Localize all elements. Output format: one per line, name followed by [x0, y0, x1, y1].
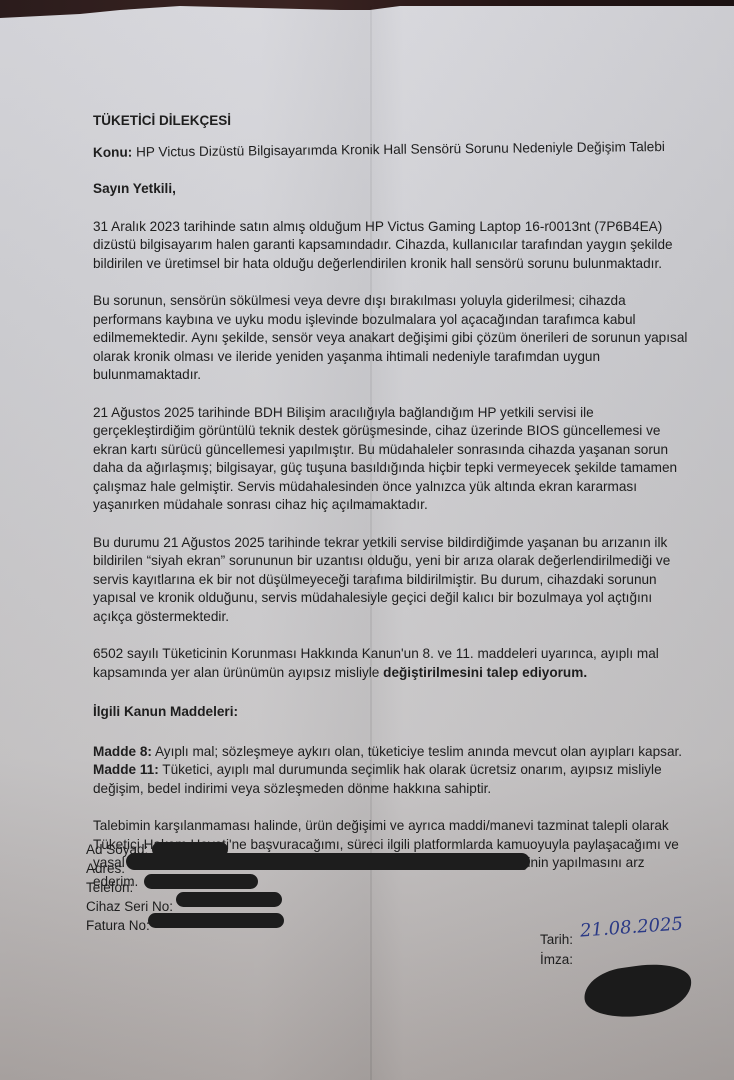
date-row: Tarih: 21.08.2025: [540, 930, 573, 950]
text-line: bildirilen “siyah ekran” sorununun bir u…: [93, 552, 653, 571]
subject-line: Konu: HP Victus Dizüstü Bilgisayarımda K…: [93, 138, 653, 162]
field-label: Adres:: [86, 861, 125, 876]
article-8: Madde 8: Ayıplı mal; sözleşmeye aykırı o…: [93, 743, 653, 762]
field-invoice: Fatura No:: [86, 916, 173, 935]
text-line: Talebimin karşılanmaması halinde, ürün d…: [93, 817, 653, 836]
field-label: Telefon:: [86, 880, 133, 895]
law-heading: İlgili Kanun Maddeleri:: [93, 703, 653, 722]
text-line: bildirilen ve üretimsel bir hata olduğu …: [93, 255, 653, 274]
text-line: gerçekleştirdiğim görüntülü teknik deste…: [93, 422, 653, 441]
request-emphasis: değiştirilmesini talep ediyorum.: [383, 665, 587, 680]
text-line: 31 Aralık 2023 tarihinde satın almış old…: [93, 218, 653, 237]
signature-row: İmza:: [540, 950, 573, 970]
text-line: Bu durumu 21 Ağustos 2025 tarihinde tekr…: [93, 534, 653, 553]
subject-label: Konu:: [93, 144, 132, 159]
text-line: yapısal ve kronik olduğunu, servis müdah…: [93, 589, 653, 608]
text-line: edilmemektedir. Aynı şekilde, sensör vey…: [93, 329, 653, 348]
text-line: performans kaybına ve uyku modu işlevind…: [93, 311, 653, 330]
document-title: TÜKETİCİ DİLEKÇESİ: [93, 112, 653, 131]
field-phone: Telefon:: [86, 878, 173, 897]
paragraph-rejection: Bu sorunun, sensörün sökülmesi veya devr…: [93, 292, 653, 385]
redaction-bar: [176, 892, 282, 907]
field-label: Cihaz Seri No:: [86, 899, 173, 914]
greeting: Sayın Yetkili,: [93, 180, 653, 199]
text-line: daha da ağırlaşmış; bilgisayar, güç tuşu…: [93, 459, 653, 478]
article-text: Tüketici, ayıplı mal durumunda seçimlik …: [162, 762, 661, 777]
text-line: ekran kartı sürücü güncellemesi yapılmış…: [93, 441, 653, 460]
redaction-bar: [148, 913, 284, 928]
article-label: Madde 11:: [93, 762, 159, 777]
text-line: 21 Ağustos 2025 tarihinde BDH Bilişim ar…: [93, 404, 653, 423]
text-line: çalışmaz hale gelmiştir. Servis müdahale…: [93, 478, 653, 497]
article-text: Ayıplı mal; sözleşmeye aykırı olan, tüke…: [155, 744, 682, 759]
text-line: açıkça göstermektedir.: [93, 608, 653, 627]
date-label: Tarih:: [540, 932, 573, 947]
paragraph-service: 21 Ağustos 2025 tarihinde BDH Bilişim ar…: [93, 404, 653, 515]
paragraph-report: Bu durumu 21 Ağustos 2025 tarihinde tekr…: [93, 534, 653, 627]
paragraph-purchase: 31 Aralık 2023 tarihinde satın almış old…: [93, 218, 653, 274]
article-11-continuation: değişim, bedel indirimi veya sözleşmeden…: [93, 780, 653, 799]
signature-block: Tarih: 21.08.2025 İmza:: [540, 930, 573, 970]
article-11: Madde 11: Tüketici, ayıplı mal durumunda…: [93, 761, 653, 780]
field-label: Fatura No:: [86, 918, 150, 933]
text-line: Bu sorunun, sensörün sökülmesi veya devr…: [93, 292, 653, 311]
subject-text: HP Victus Dizüstü Bilgisayarımda Kronik …: [136, 139, 665, 160]
applicant-fields: Ad Soyad: Adres: Telefon: Cihaz Seri No:…: [86, 840, 173, 935]
text-line: servis kayıtlarına ek bir not düşülmeyec…: [93, 571, 653, 590]
signature-label: İmza:: [540, 952, 573, 967]
request-prefix: kapsamında yer alan ürünümün ayıpsız mis…: [93, 665, 383, 680]
redaction-bar: [144, 874, 258, 889]
text-line: 6502 sayılı Tüketicinin Korunması Hakkın…: [93, 645, 653, 664]
petition-body: TÜKETİCİ DİLEKÇESİ Konu: HP Victus Dizüs…: [93, 112, 653, 891]
paragraph-request: 6502 sayılı Tüketicinin Korunması Hakkın…: [93, 645, 653, 682]
redaction-bar: [126, 853, 530, 870]
law-articles: Madde 8: Ayıplı mal; sözleşmeye aykırı o…: [93, 743, 653, 799]
text-line: yaşanırken müdahale sonrası cihaz hiç aç…: [93, 496, 653, 515]
request-line: kapsamında yer alan ürünümün ayıpsız mis…: [93, 664, 653, 683]
text-line: olarak kronik olması ve ileride yeniden …: [93, 348, 653, 367]
text-line: dizüstü bilgisayarım halen garanti kapsa…: [93, 236, 653, 255]
article-label: Madde 8:: [93, 744, 152, 759]
text-line: bulunmamaktadır.: [93, 366, 653, 385]
